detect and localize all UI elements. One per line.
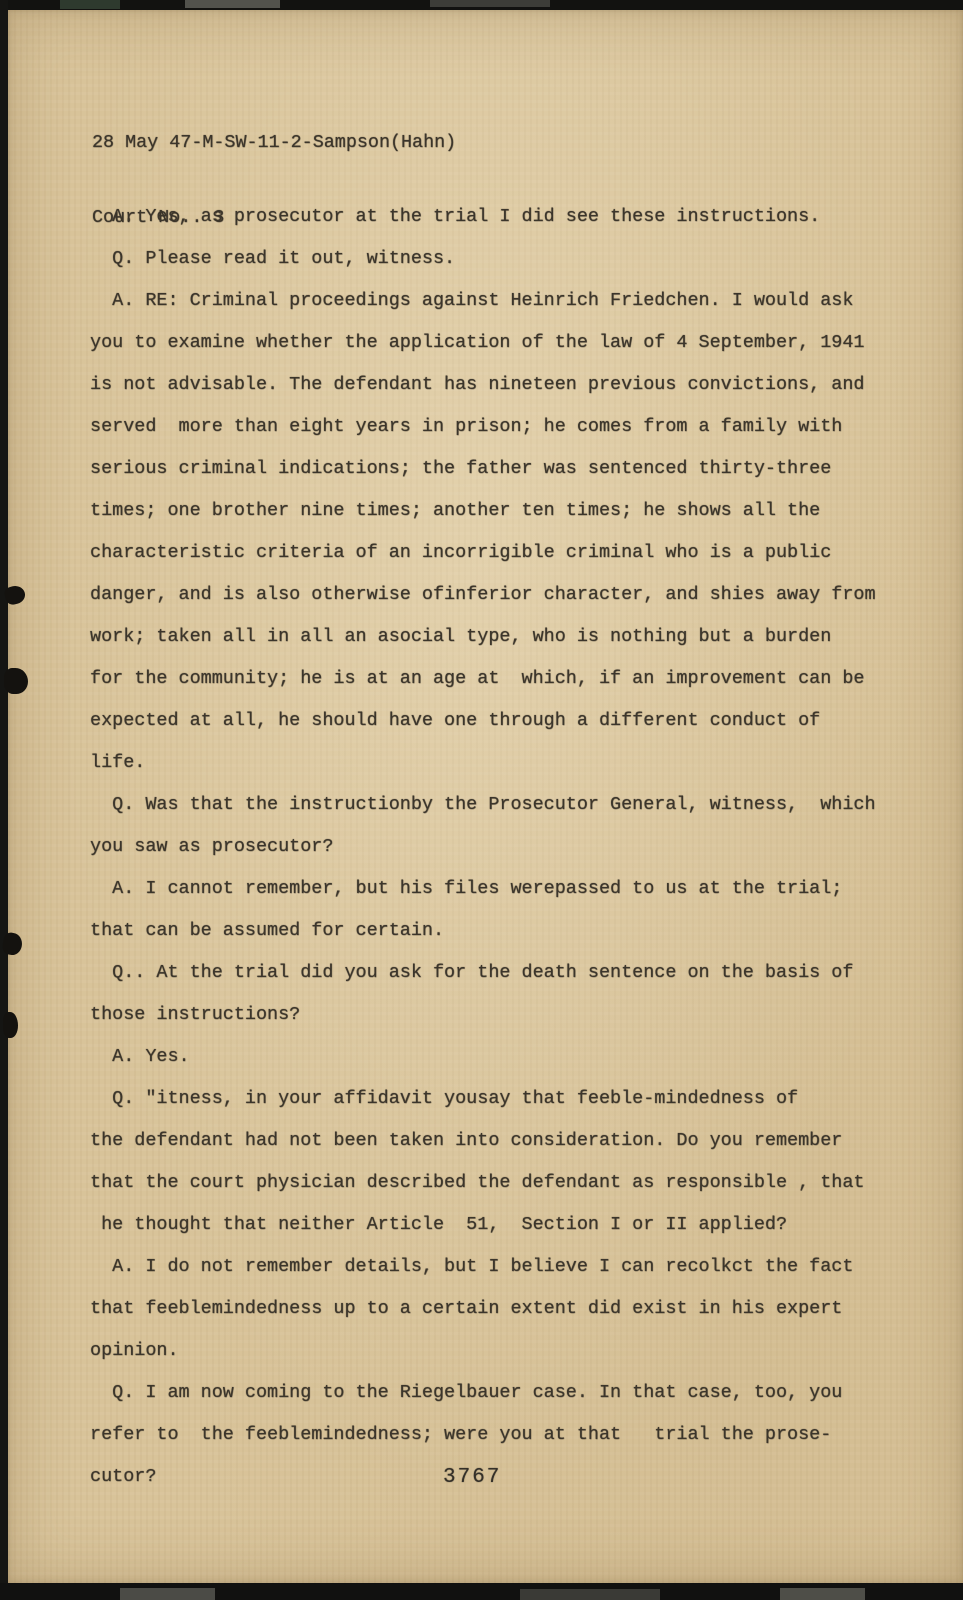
binder-mark	[3, 1012, 18, 1038]
text-line: A. Yes.	[90, 1036, 900, 1078]
text-line: those instructions?	[90, 994, 900, 1036]
text-line: Q. I am now coming to the Riegelbauer ca…	[90, 1372, 900, 1414]
text-line: serious criminal indications; the father…	[90, 448, 900, 490]
text-line: danger, and is also otherwise ofinferior…	[90, 574, 900, 616]
scan-artifact	[120, 1588, 215, 1600]
text-line: refer to the feeblemindedness; were you …	[90, 1414, 900, 1456]
text-line: the defendant had not been taken into co…	[90, 1120, 900, 1162]
document-body: A. Yes, as prosecutor at the trial I did…	[90, 196, 900, 1498]
scan-artifact	[780, 1588, 865, 1600]
text-line: that the court physician described the d…	[90, 1162, 900, 1204]
header-line-1: 28 May 47-M-SW-11-2-Sampson(Hahn)	[92, 130, 456, 155]
text-line: served more than eight years in prison; …	[90, 406, 900, 448]
text-line: life.	[90, 742, 900, 784]
text-line: Q.. At the trial did you ask for the dea…	[90, 952, 900, 994]
text-line: that feeblemindedness up to a certain ex…	[90, 1288, 900, 1330]
text-line: that can be assumed for certain.	[90, 910, 900, 952]
scan-edge-left	[0, 0, 8, 1600]
text-line: work; taken all in all an asocial type, …	[90, 616, 900, 658]
text-line: characteristic criteria of an incorrigib…	[90, 532, 900, 574]
text-line: A. Yes, as prosecutor at the trial I did…	[90, 196, 900, 238]
scan-artifact	[60, 0, 120, 9]
scan-artifact	[520, 1589, 660, 1600]
scanned-transcript-page: { "colors": { "paper": "#d8c399", "ink":…	[0, 0, 963, 1600]
text-line: opinion.	[90, 1330, 900, 1372]
page-number: 3767	[443, 1466, 501, 1489]
text-line: Q. "itness, in your affidavit yousay tha…	[90, 1078, 900, 1120]
text-line: A. RE: Criminal proceedings against Hein…	[90, 280, 900, 322]
scan-artifact	[430, 0, 550, 7]
text-line: expected at all, he should have one thro…	[90, 700, 900, 742]
text-line: A. I do not remember details, but I beli…	[90, 1246, 900, 1288]
text-line: A. I cannot remember, but his files were…	[90, 868, 900, 910]
text-line: for the community; he is at an age at wh…	[90, 658, 900, 700]
text-line: you saw as prosecutor?	[90, 826, 900, 868]
text-line: is not advisable. The defendant has nine…	[90, 364, 900, 406]
text-line: Q. Please read it out, witness.	[90, 238, 900, 280]
text-line: you to examine whether the application o…	[90, 322, 900, 364]
binder-mark	[4, 668, 28, 694]
text-line: he thought that neither Article 51, Sect…	[90, 1204, 900, 1246]
text-line: Q. Was that the instructionby the Prosec…	[90, 784, 900, 826]
scan-artifact	[185, 0, 280, 8]
text-line: times; one brother nine times; another t…	[90, 490, 900, 532]
